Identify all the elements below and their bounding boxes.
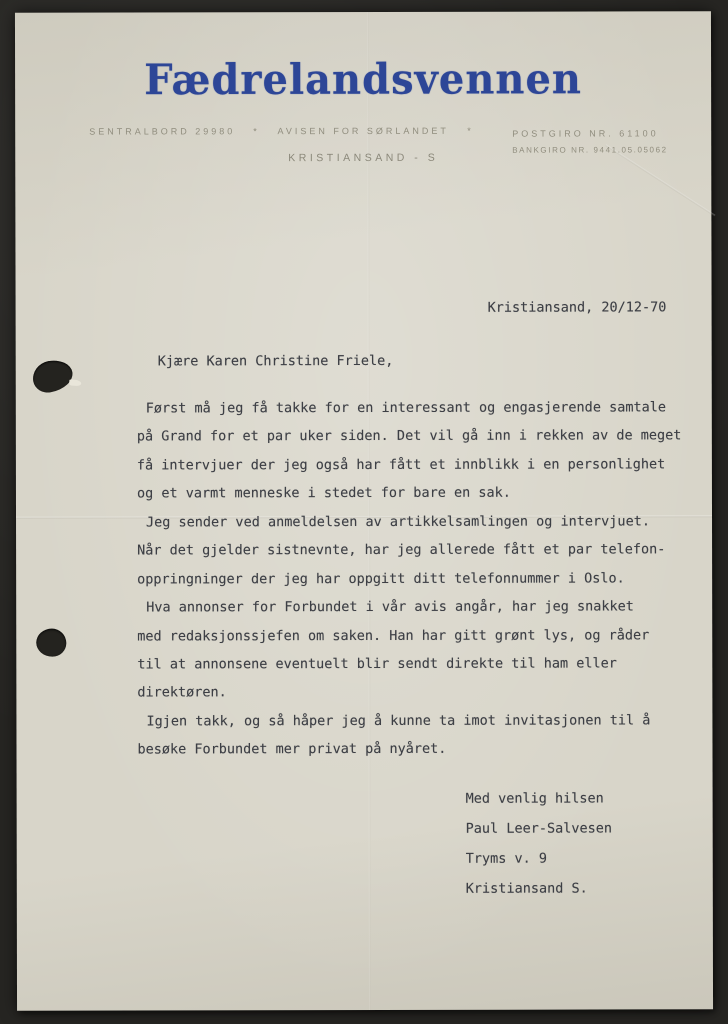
body-line: besøke Forbundet mer privat på nyåret. [137,735,682,765]
body-line: Først må jeg få takke for en interessant… [137,393,682,423]
scan-background: { "scan": { "background_color": "#262522… [0,0,728,1024]
body-line: oppringninger der jeg har oppgitt ditt t… [137,564,682,594]
body-line: Jeg sender ved anmeldelsen av artikkelsa… [137,507,682,537]
body-line: Igjen takk, og så håper jeg å kunne ta i… [137,706,682,736]
body-line: direktøren. [137,678,682,708]
salutation: Kjære Karen Christine Friele, [158,353,394,369]
signature-closing: Med venlig hilsen [466,783,612,813]
letterhead-info-row: SENTRALBORD 29980 * AVISEN FOR SØRLANDET… [15,117,711,148]
newspaper-masthead-title: Fædrelandsvennen [15,54,711,105]
body-line: og et varmt menneske i stedet for bare e… [137,479,682,509]
letter-body: Først må jeg få takke for en interessant… [137,393,682,764]
body-line: til at annonsene eventuelt blir sendt di… [137,649,682,679]
date-line: Kristiansand, 20/12-70 [488,299,667,315]
body-line: med redaksjonssjefen om saken. Han har g… [137,621,682,651]
punch-hole-bottom [36,629,66,657]
letterhead-city: KRISTIANSAND - S [15,151,711,164]
signature-block: Med venlig hilsen Paul Leer-Salvesen Try… [466,783,613,903]
punch-hole-top [30,357,75,395]
body-line: på Grand for et par uker siden. Det vil … [137,422,682,452]
body-line: Hva annonser for Forbundet i vår avis an… [137,592,682,622]
letterhead-separator-star: * [467,126,474,136]
signature-street: Tryms v. 9 [466,843,612,873]
letter-page: Fædrelandsvennen SENTRALBORD 29980 * AVI… [15,11,713,1010]
signature-name: Paul Leer-Salvesen [466,813,612,843]
body-line: Når det gjelder sistnevnte, har jeg alle… [137,536,682,566]
letterhead-postgiro: POSTGIRO NR. 61100 [512,128,658,138]
body-line: få intervjuer der jeg også har fått et i… [137,450,682,480]
signature-city: Kristiansand S. [466,873,612,903]
